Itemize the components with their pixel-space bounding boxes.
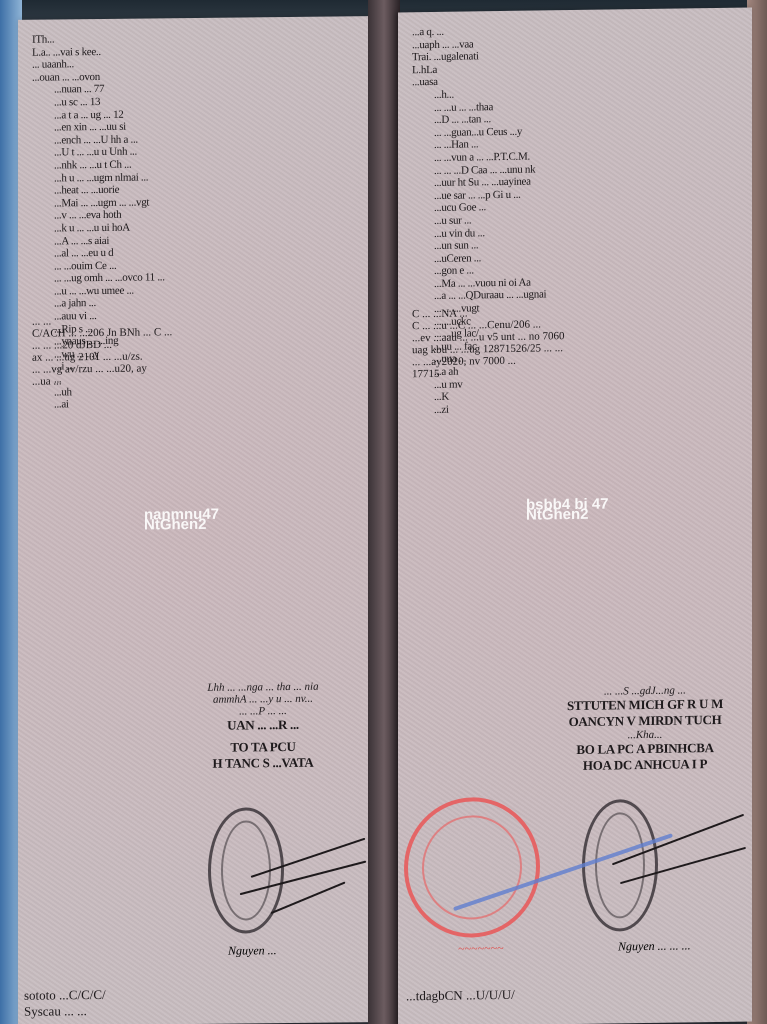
right-title-4: HOA DC ANHCUA I P [538,756,752,775]
left-footer-code: sototo ...C/C/C/ [24,987,106,1004]
right-footer-code: ...tdagbCN ...U/U/U/ [406,987,515,1005]
left-org-line-2: UAN ... ...R ... [148,716,370,734]
right-watermark: bsbb4 bi 47 NtGhen2 [526,500,609,521]
right-page: ...a q. ......uaph ... ...vaaTrai. ...ug… [398,8,752,1024]
book-gutter [368,0,400,1024]
right-registry-block: C ... ...NA ...C ... ...u ...C ... ...Ce… [412,304,742,381]
left-page: ITh...L.a.. ...vai s kee..... uaanh.....… [18,16,370,1024]
right-signature-block: ... ...S ...gdJ...ng ... STTUTEN MICH GF… [538,684,752,775]
right-official-stamp [582,799,658,932]
left-registry-block: ... ...C/ACH ... ...206 Jn BNh ... C ...… [32,312,360,387]
left-title-2: H TANC S ...VATA [148,754,370,772]
left-signature-block: Lhh ... ...nga ... tha ... nia ammhA ...… [148,680,370,772]
left-watermark: nanmnu47 NtGhen2 [144,510,219,531]
right-title-2: OANCYN V MIRDN TUCH [538,712,752,731]
red-handwritten-name: ~~~~~~~ [458,941,503,957]
left-footer-code-2: Syscau ... ... [24,1003,87,1020]
right-signer-name: Nguyen ... ... ... [618,938,691,954]
text-line: ...ai [32,396,356,412]
red-official-seal [404,796,540,938]
left-signer-name: Nguyen ... [228,943,277,959]
